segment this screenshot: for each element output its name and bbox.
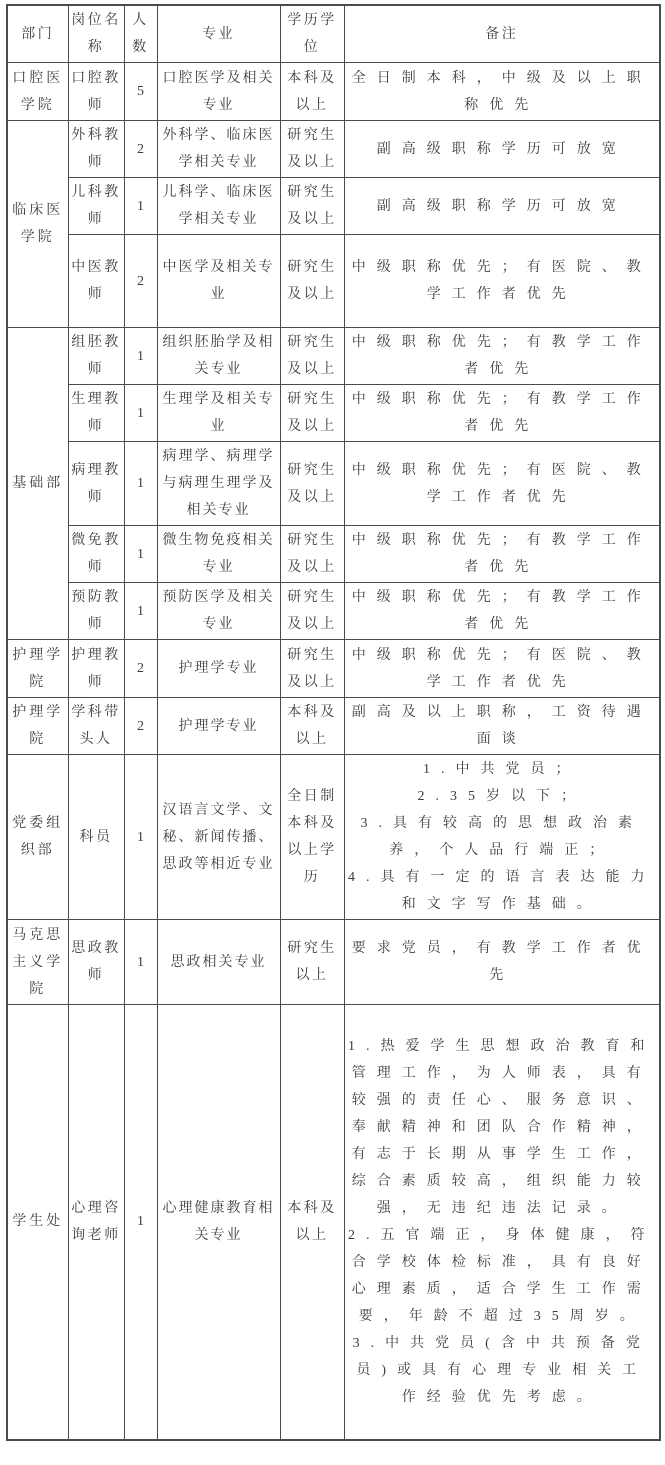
cell-remarks: 中级职称优先；有医院、教学工作者优先 — [344, 640, 660, 698]
cell-count: 2 — [124, 121, 157, 178]
cell-count: 2 — [124, 698, 157, 755]
cell-degree: 研究生及以上 — [280, 526, 344, 583]
cell-count: 1 — [124, 442, 157, 526]
cell-count: 1 — [124, 1005, 157, 1440]
cell-department: 学生处 — [7, 1005, 68, 1440]
remark-item: 2.五官端正，身体健康，符合学校体检标准，具有良好心理素质，适合学生工作需要，年… — [347, 1222, 658, 1330]
cell-remarks: 中级职称优先；有教学工作者优先 — [344, 583, 660, 640]
remark-item: 4.具有一定的语言表达能力和文字写作基础。 — [347, 864, 658, 918]
cell-degree: 本科及以上 — [280, 1005, 344, 1440]
table-row: 微免教师1微生物免疫相关专业研究生及以上中级职称优先；有教学工作者优先 — [7, 526, 660, 583]
cell-position: 外科教师 — [68, 121, 124, 178]
cell-major: 中医学及相关专业 — [157, 235, 280, 328]
table-row: 口腔医学院口腔教师5口腔医学及相关专业本科及以上全日制本科，中级及以上职称优先 — [7, 63, 660, 121]
remark-item: 中级职称优先；有教学工作者优先 — [347, 329, 658, 383]
cell-department: 口腔医学院 — [7, 63, 68, 121]
col-header-position: 岗位名称 — [68, 5, 124, 63]
cell-position: 口腔教师 — [68, 63, 124, 121]
cell-position: 学科带头人 — [68, 698, 124, 755]
cell-position: 思政教师 — [68, 920, 124, 1005]
table-row: 护理学院护理教师2护理学专业研究生及以上中级职称优先；有医院、教学工作者优先 — [7, 640, 660, 698]
cell-count: 5 — [124, 63, 157, 121]
cell-remarks: 全日制本科，中级及以上职称优先 — [344, 63, 660, 121]
cell-position: 组胚教师 — [68, 328, 124, 385]
cell-major: 微生物免疫相关专业 — [157, 526, 280, 583]
cell-remarks: 1.热爱学生思想政治教育和管理工作，为人师表，具有较强的责任心、服务意识、奉献精… — [344, 1005, 660, 1440]
table-row: 病理教师1病理学、病理学与病理生理学及相关专业研究生及以上中级职称优先；有医院、… — [7, 442, 660, 526]
document-page: 部门岗位名称人数专业学历学位备注 口腔医学院口腔教师5口腔医学及相关专业本科及以… — [0, 0, 665, 1441]
cell-remarks: 1.中共党员；2.35岁以下；3.具有较高的思想政治素养，个人品行端正；4.具有… — [344, 755, 660, 920]
cell-major: 口腔医学及相关专业 — [157, 63, 280, 121]
cell-remarks: 要求党员，有教学工作者优先 — [344, 920, 660, 1005]
cell-major: 生理学及相关专业 — [157, 385, 280, 442]
col-header-department: 部门 — [7, 5, 68, 63]
table-row: 党委组织部科员1汉语言文学、文秘、新闻传播、思政等相近专业全日制本科及以上学历1… — [7, 755, 660, 920]
table-row: 基础部组胚教师1组织胚胎学及相关专业研究生及以上中级职称优先；有教学工作者优先 — [7, 328, 660, 385]
table-row: 学生处心理咨询老师1心理健康教育相关专业本科及以上1.热爱学生思想政治教育和管理… — [7, 1005, 660, 1440]
cell-remarks: 中级职称优先；有医院、教学工作者优先 — [344, 235, 660, 328]
cell-count: 2 — [124, 640, 157, 698]
remark-item: 副高级职称学历可放宽 — [347, 136, 658, 163]
cell-position: 病理教师 — [68, 442, 124, 526]
table-body: 口腔医学院口腔教师5口腔医学及相关专业本科及以上全日制本科，中级及以上职称优先临… — [7, 63, 660, 1440]
cell-position: 中医教师 — [68, 235, 124, 328]
cell-remarks: 中级职称优先；有教学工作者优先 — [344, 385, 660, 442]
cell-degree: 本科及以上 — [280, 63, 344, 121]
recruitment-table: 部门岗位名称人数专业学历学位备注 口腔医学院口腔教师5口腔医学及相关专业本科及以… — [6, 4, 661, 1441]
table-row: 儿科教师1儿科学、临床医学相关专业研究生及以上副高级职称学历可放宽 — [7, 178, 660, 235]
cell-count: 1 — [124, 385, 157, 442]
cell-remarks: 副高及以上职称，工资待遇面谈 — [344, 698, 660, 755]
cell-position: 生理教师 — [68, 385, 124, 442]
cell-remarks: 中级职称优先；有教学工作者优先 — [344, 526, 660, 583]
cell-count: 1 — [124, 178, 157, 235]
cell-degree: 本科及以上 — [280, 698, 344, 755]
remark-item: 中级职称优先；有医院、教学工作者优先 — [347, 254, 658, 308]
cell-count: 1 — [124, 328, 157, 385]
remark-item: 副高级职称学历可放宽 — [347, 193, 658, 220]
remark-item: 3.具有较高的思想政治素养，个人品行端正； — [347, 810, 658, 864]
cell-department: 护理学院 — [7, 640, 68, 698]
cell-degree: 研究生及以上 — [280, 121, 344, 178]
cell-remarks: 中级职称优先；有医院、教学工作者优先 — [344, 442, 660, 526]
cell-major: 外科学、临床医学相关专业 — [157, 121, 280, 178]
cell-position: 微免教师 — [68, 526, 124, 583]
remark-item: 副高及以上职称，工资待遇面谈 — [347, 699, 658, 753]
cell-major: 病理学、病理学与病理生理学及相关专业 — [157, 442, 280, 526]
remark-item: 2.35岁以下； — [347, 783, 658, 810]
table-header: 部门岗位名称人数专业学历学位备注 — [7, 5, 660, 63]
cell-degree: 研究生及以上 — [280, 178, 344, 235]
table-row: 临床医学院外科教师2外科学、临床医学相关专业研究生及以上副高级职称学历可放宽 — [7, 121, 660, 178]
cell-position: 科员 — [68, 755, 124, 920]
cell-degree: 研究生及以上 — [280, 385, 344, 442]
cell-remarks: 副高级职称学历可放宽 — [344, 178, 660, 235]
cell-department: 护理学院 — [7, 698, 68, 755]
cell-degree: 研究生及以上 — [280, 235, 344, 328]
remark-item: 中级职称优先；有教学工作者优先 — [347, 527, 658, 581]
cell-degree: 研究生以上 — [280, 920, 344, 1005]
col-header-count: 人数 — [124, 5, 157, 63]
cell-degree: 研究生及以上 — [280, 328, 344, 385]
cell-count: 1 — [124, 920, 157, 1005]
table-row: 生理教师1生理学及相关专业研究生及以上中级职称优先；有教学工作者优先 — [7, 385, 660, 442]
cell-department: 基础部 — [7, 328, 68, 640]
cell-position: 儿科教师 — [68, 178, 124, 235]
remark-item: 1.中共党员； — [347, 756, 658, 783]
cell-position: 护理教师 — [68, 640, 124, 698]
remark-item: 1.热爱学生思想政治教育和管理工作，为人师表，具有较强的责任心、服务意识、奉献精… — [347, 1033, 658, 1222]
cell-position: 预防教师 — [68, 583, 124, 640]
remark-item: 3.中共党员(含中共预备党员)或具有心理专业相关工作经验优先考虑。 — [347, 1330, 658, 1411]
cell-remarks: 中级职称优先；有教学工作者优先 — [344, 328, 660, 385]
cell-major: 护理学专业 — [157, 640, 280, 698]
cell-degree: 全日制本科及以上学历 — [280, 755, 344, 920]
table-row: 预防教师1预防医学及相关专业研究生及以上中级职称优先；有教学工作者优先 — [7, 583, 660, 640]
cell-major: 心理健康教育相关专业 — [157, 1005, 280, 1440]
cell-major: 护理学专业 — [157, 698, 280, 755]
cell-degree: 研究生及以上 — [280, 640, 344, 698]
remark-item: 要求党员，有教学工作者优先 — [347, 935, 658, 989]
remark-item: 中级职称优先；有教学工作者优先 — [347, 386, 658, 440]
cell-department: 党委组织部 — [7, 755, 68, 920]
table-row: 护理学院学科带头人2护理学专业本科及以上副高及以上职称，工资待遇面谈 — [7, 698, 660, 755]
table-row: 中医教师2中医学及相关专业研究生及以上中级职称优先；有医院、教学工作者优先 — [7, 235, 660, 328]
cell-major: 思政相关专业 — [157, 920, 280, 1005]
cell-count: 1 — [124, 583, 157, 640]
remark-item: 中级职称优先；有教学工作者优先 — [347, 584, 658, 638]
cell-major: 预防医学及相关专业 — [157, 583, 280, 640]
col-header-major: 专业 — [157, 5, 280, 63]
cell-count: 1 — [124, 526, 157, 583]
cell-department: 临床医学院 — [7, 121, 68, 328]
remark-item: 中级职称优先；有医院、教学工作者优先 — [347, 457, 658, 511]
col-header-remarks: 备注 — [344, 5, 660, 63]
cell-remarks: 副高级职称学历可放宽 — [344, 121, 660, 178]
col-header-degree: 学历学位 — [280, 5, 344, 63]
header-row: 部门岗位名称人数专业学历学位备注 — [7, 5, 660, 63]
cell-major: 汉语言文学、文秘、新闻传播、思政等相近专业 — [157, 755, 280, 920]
cell-degree: 研究生及以上 — [280, 442, 344, 526]
cell-department: 马克思主义学院 — [7, 920, 68, 1005]
table-row: 马克思主义学院思政教师1思政相关专业研究生以上要求党员，有教学工作者优先 — [7, 920, 660, 1005]
cell-degree: 研究生及以上 — [280, 583, 344, 640]
remark-item: 全日制本科，中级及以上职称优先 — [347, 65, 658, 119]
remark-item: 中级职称优先；有医院、教学工作者优先 — [347, 642, 658, 696]
cell-major: 儿科学、临床医学相关专业 — [157, 178, 280, 235]
cell-major: 组织胚胎学及相关专业 — [157, 328, 280, 385]
cell-count: 1 — [124, 755, 157, 920]
cell-count: 2 — [124, 235, 157, 328]
cell-position: 心理咨询老师 — [68, 1005, 124, 1440]
